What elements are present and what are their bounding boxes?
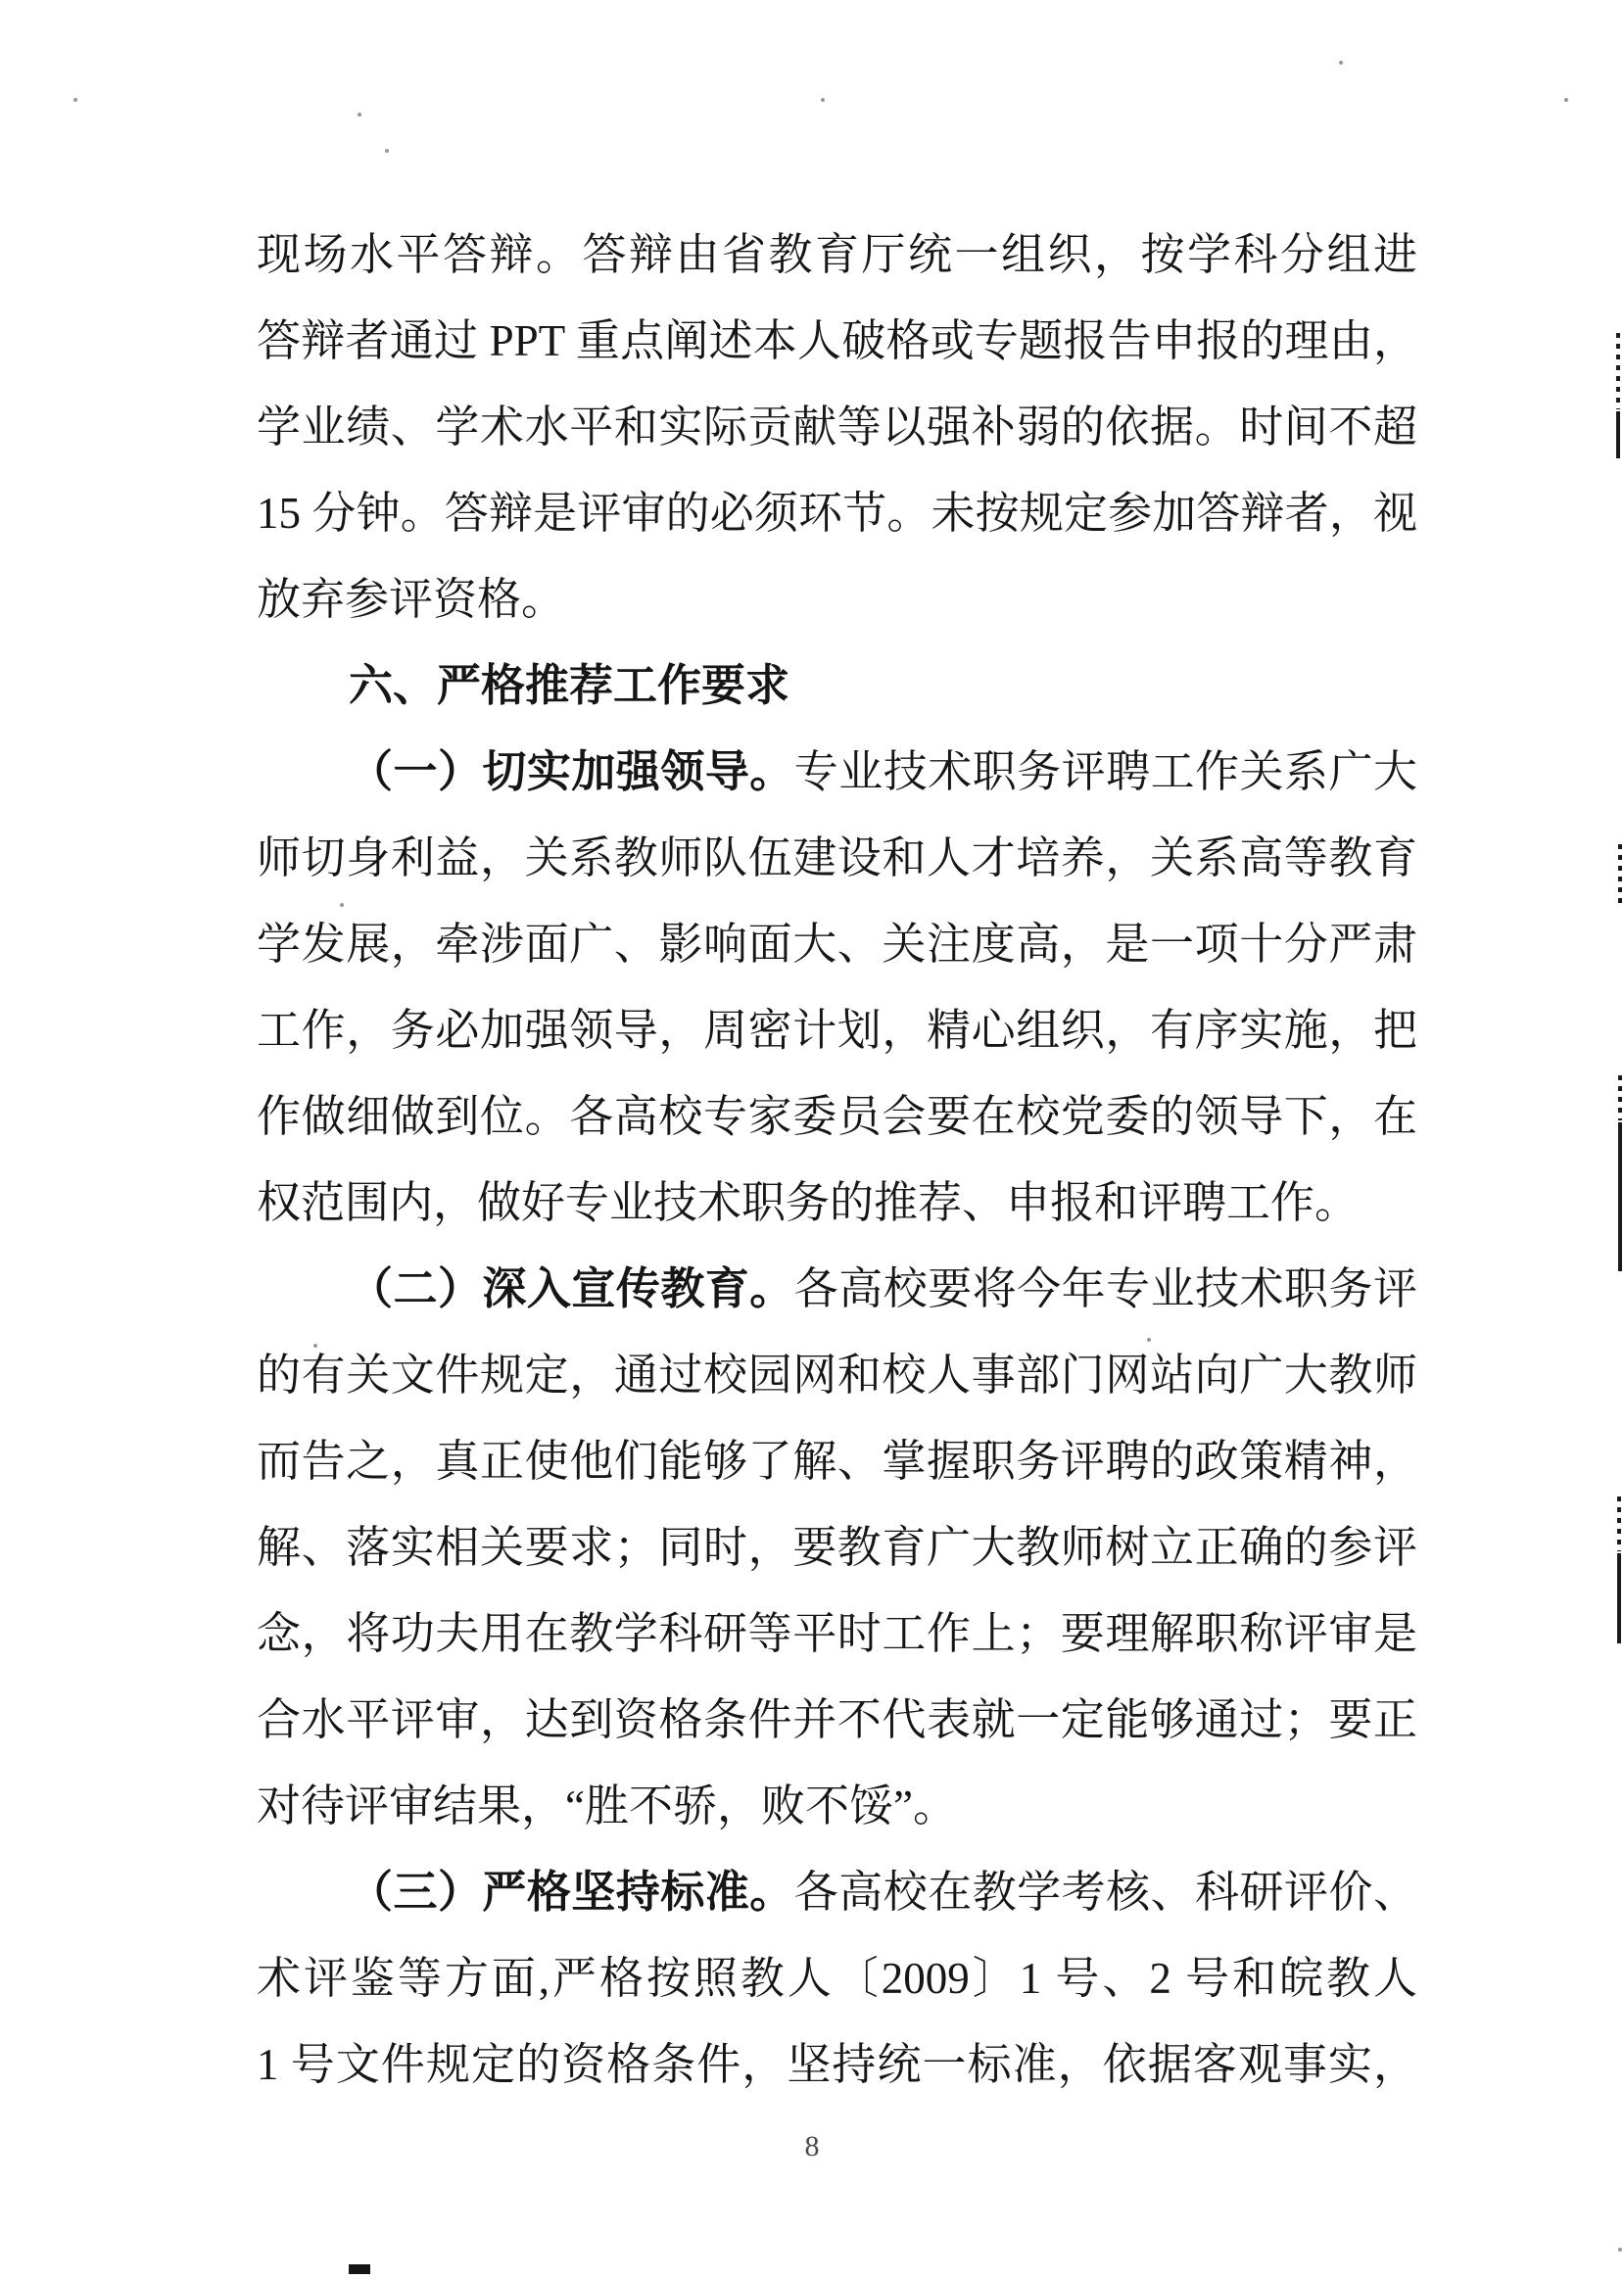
- scan-edge-mark: [1618, 1075, 1622, 1120]
- text-line: 权范围内，做好专业技术职务的推荐、申报和评聘工作。: [257, 1160, 1417, 1246]
- section-heading: 六、严格推荐工作要求: [257, 642, 1417, 729]
- text-line: （三）严格坚持标准。各高校在教学考核、科研评价、学: [257, 1849, 1417, 1935]
- scan-edge-mark: [1618, 1122, 1622, 1271]
- scan-edge-mark: [1618, 844, 1622, 905]
- text-line: 工作，务必加强领导，周密计划，精心组织，有序实施，把工: [257, 987, 1417, 1073]
- text-line: 解、落实相关要求；同时，要教育广大教师树立正确的参评理: [257, 1504, 1417, 1591]
- scan-smudge: [349, 2264, 370, 2274]
- scan-speck: [1564, 98, 1568, 102]
- scan-edge-mark: [1617, 1553, 1621, 1643]
- scanned-document-page: 现场水平答辩。答辩由省教育厅统一组织，按学科分组进行。答辩者通过 PPT 重点阐…: [0, 0, 1624, 2280]
- text-line: 合水平评审，达到资格条件并不代表就一定能够通过；要正确: [257, 1677, 1417, 1763]
- text-line: 1 号文件规定的资格条件，坚持统一标准，依据客观事实，尊: [257, 2021, 1417, 2108]
- text-line: 念，将功夫用在教学科研等平时工作上；要理解职称评审是综: [257, 1591, 1417, 1677]
- text-line: 术评鉴等方面,严格按照教人〔2009〕1 号、2 号和皖教人〔2010〕: [257, 1935, 1417, 2021]
- text-line: 学业绩、学术水平和实际贡献等以强补弱的依据。时间不超过: [257, 384, 1417, 470]
- page-number: 8: [0, 2127, 1624, 2166]
- text-line: 对待评审结果，“胜不骄，败不馁”。: [257, 1763, 1417, 1849]
- scan-edge-mark: [1616, 333, 1620, 409]
- text-line: 而告之，真正使他们能够了解、掌握职务评聘的政策精神，理: [257, 1418, 1417, 1504]
- text-line: （一）切实加强领导。专业技术职务评聘工作关系广大教: [257, 729, 1417, 815]
- scan-edge-mark: [1616, 411, 1620, 458]
- scan-speck: [1147, 1338, 1151, 1342]
- paragraph-lead: （二）深入宣传教育。: [349, 1264, 794, 1313]
- text-line: 学发展，牵涉面广、影响面大、关注度高，是一项十分严肃的: [257, 901, 1417, 987]
- scan-speck: [1339, 61, 1343, 65]
- scan-speck: [73, 98, 77, 102]
- scan-speck: [385, 149, 389, 153]
- text-line: 作做细做到位。各高校专家委员会要在校党委的领导下，在职: [257, 1073, 1417, 1160]
- text-line: 答辩者通过 PPT 重点阐述本人破格或专题报告申报的理由，教: [257, 298, 1417, 384]
- document-body: 现场水平答辩。答辩由省教育厅统一组织，按学科分组进行。答辩者通过 PPT 重点阐…: [257, 212, 1417, 2108]
- scan-speck: [313, 1344, 317, 1348]
- scan-speck: [821, 98, 825, 102]
- text-line: 放弃参评资格。: [257, 556, 1417, 642]
- text-line: 师切身利益，关系教师队伍建设和人才培养，关系高等教育科: [257, 815, 1417, 901]
- scan-speck: [1618, 2248, 1622, 2252]
- scan-edge-mark: [1617, 1496, 1621, 1551]
- text-line: 的有关文件规定，通过校园网和校人事部门网站向广大教师广: [257, 1332, 1417, 1418]
- text-line: （二）深入宣传教育。各高校要将今年专业技术职务评聘: [257, 1246, 1417, 1332]
- text-line: 15 分钟。答辩是评审的必须环节。未按规定参加答辩者，视为: [257, 470, 1417, 556]
- scan-speck: [340, 903, 344, 907]
- paragraph-lead: （三）严格坚持标准。: [349, 1868, 794, 1917]
- scan-speck: [358, 113, 361, 117]
- text-line: 现场水平答辩。答辩由省教育厅统一组织，按学科分组进行。: [257, 212, 1417, 298]
- paragraph-lead: （一）切实加强领导。: [349, 747, 794, 796]
